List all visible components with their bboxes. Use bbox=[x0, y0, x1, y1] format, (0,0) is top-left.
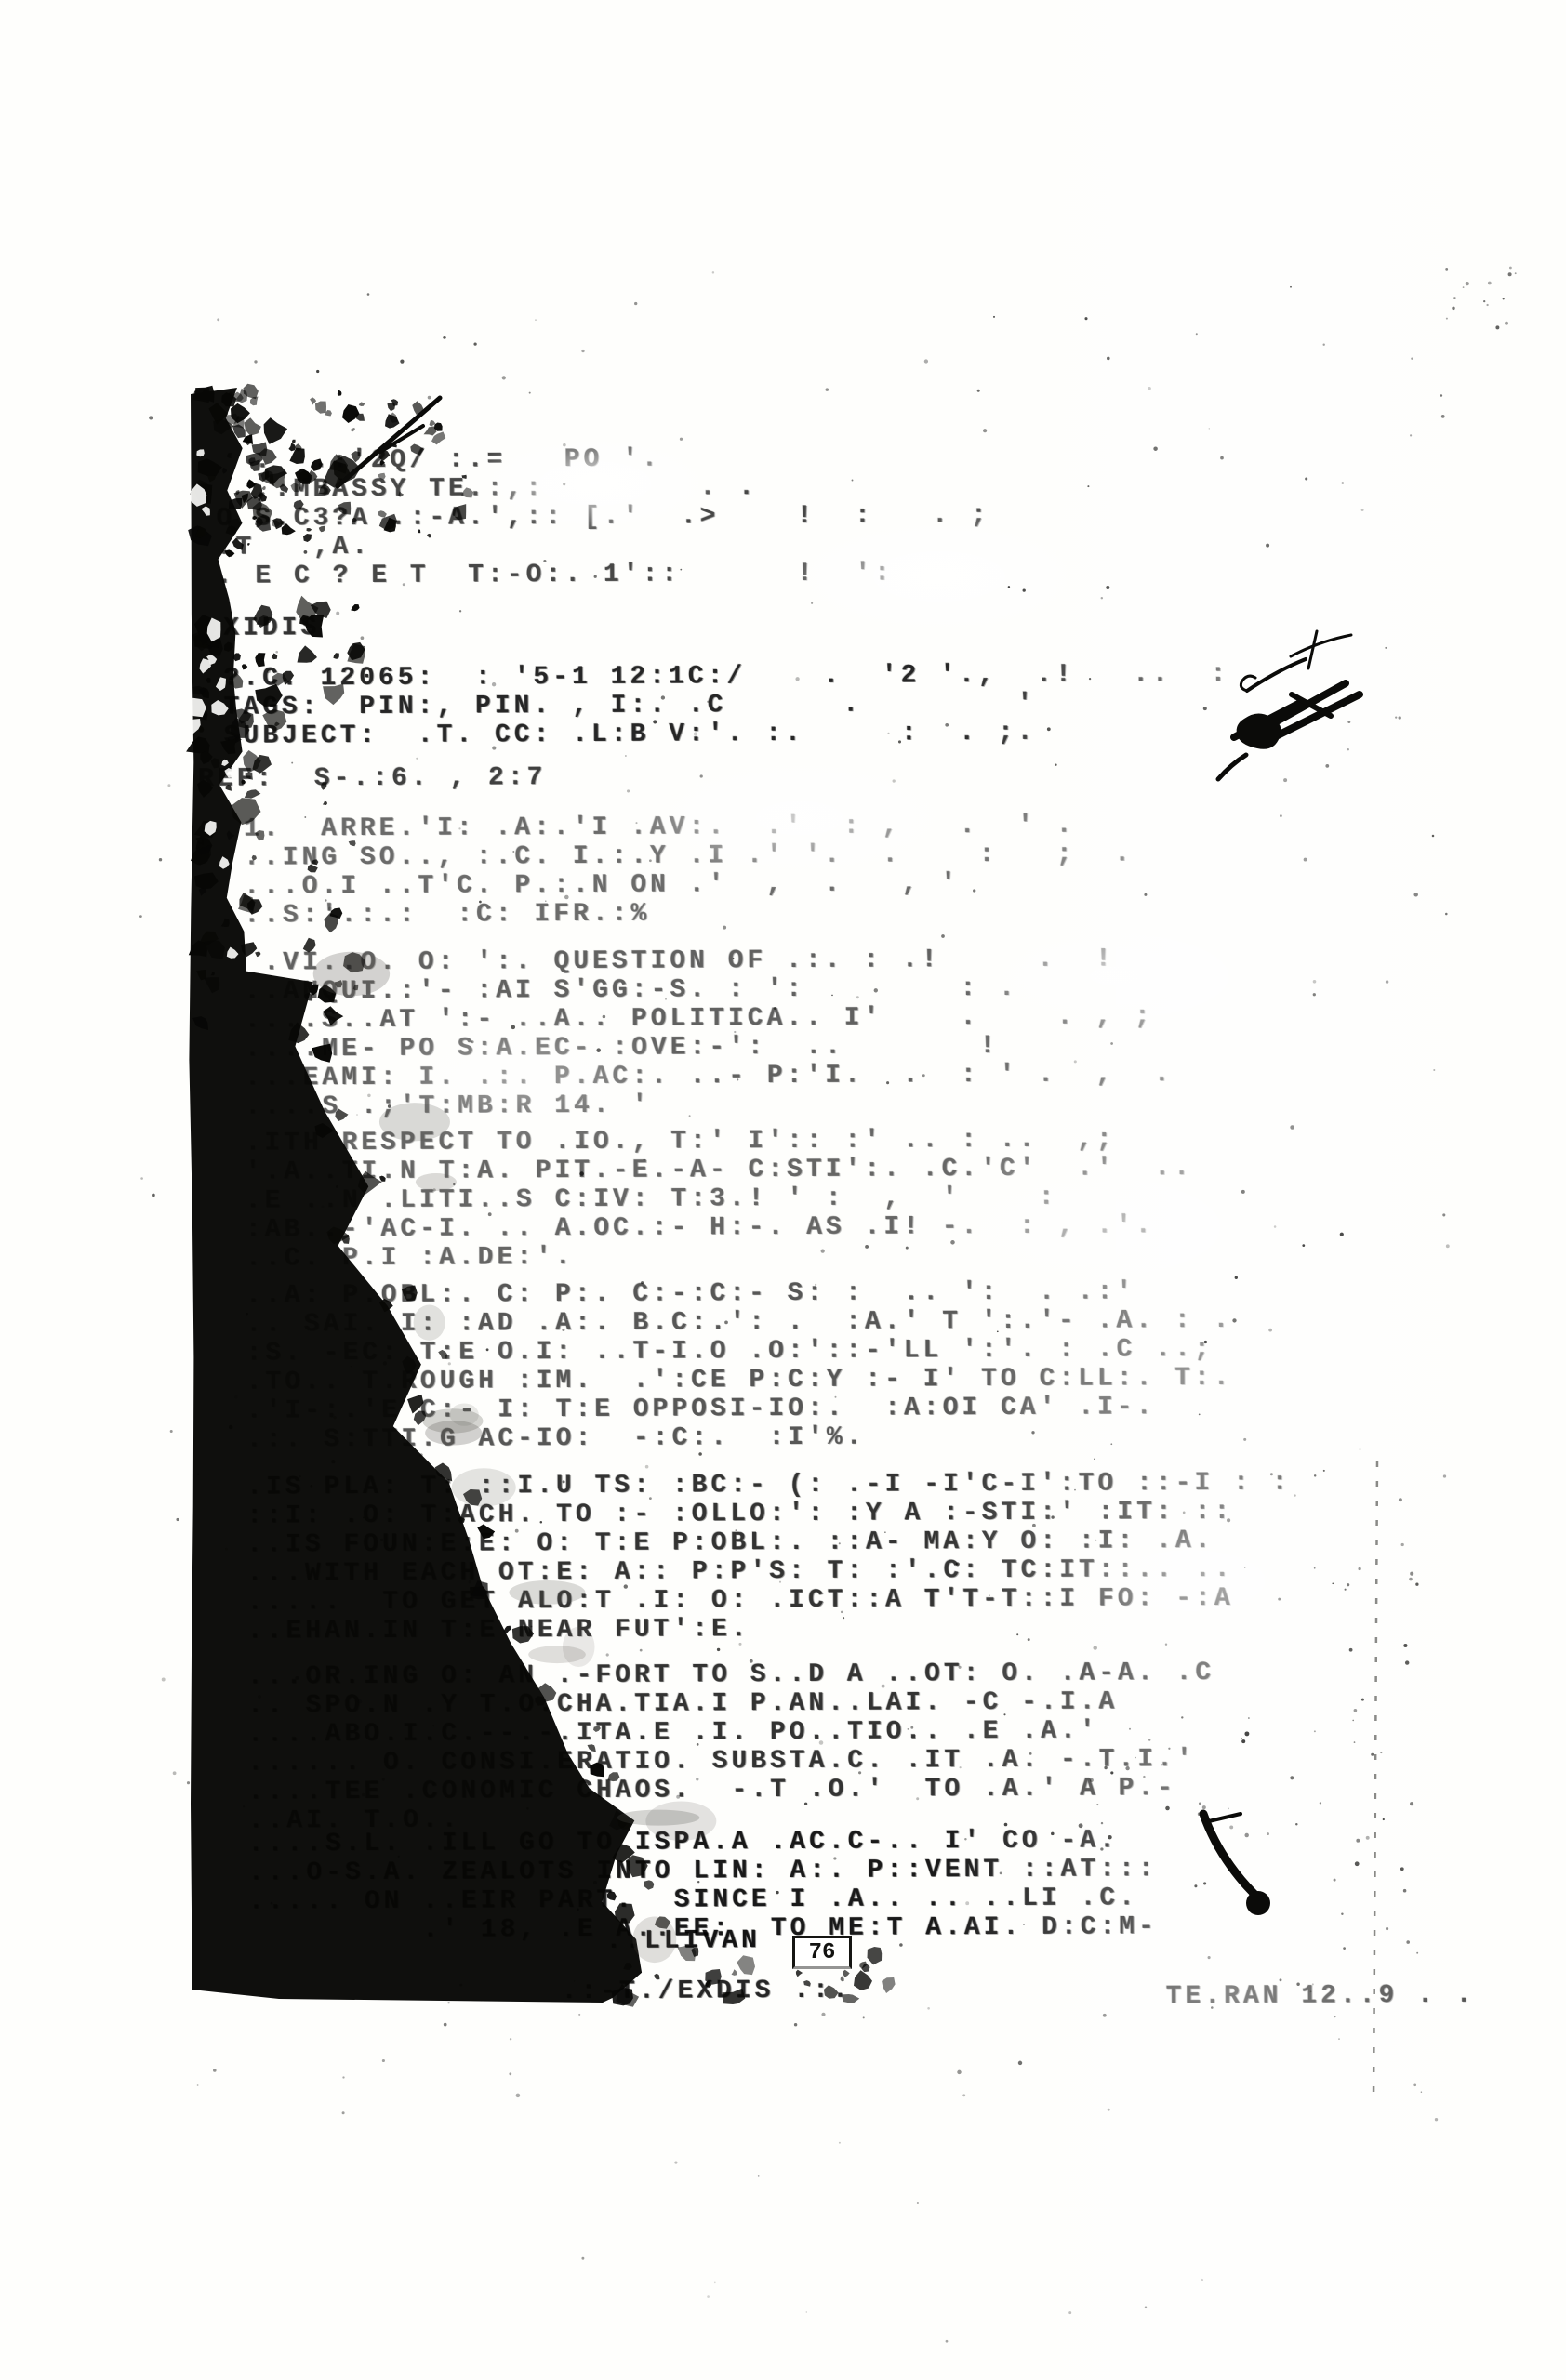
cable-text-line: ....ME- PO S:A.EC- :OVE:-': .. ! bbox=[225, 1031, 1173, 1064]
cable-ref-line: REF: S-.:6. , 2:7 bbox=[198, 763, 547, 794]
cable-text-line: ..C. P.I :A.DE:'. bbox=[226, 1240, 1193, 1274]
cable-text-line: :AB..-'AC-I. .. A.OC.:- H:-. AS .I! -. :… bbox=[226, 1211, 1193, 1245]
cable-routing-header: . ..'2Q/ :.= PO '. ,.MBASSY TE.:,: . . O… bbox=[196, 443, 990, 591]
cable-text-line: ..ANQUI.:'- :AI S'GG:-S. : ': : . bbox=[225, 973, 1173, 1006]
cable-text-line: ..ING SO.., :.C. I.:.Y .I .' '. . : ; . bbox=[224, 840, 1134, 872]
cable-text-line: ....ABO.I.C.--.-.ITA.E .I. PO..TIO.. .E … bbox=[228, 1716, 1214, 1750]
cable-paragraph-3: .ITH RESPECT TO .IO., T:' I':: :' .. : .… bbox=[226, 1125, 1194, 1274]
cable-text-line: ::I: .O: T:ACH. TO :- :OLLO:': :Y A :-ST… bbox=[227, 1498, 1291, 1531]
cable-text-line: .IS PLA: T: ::I.U TS: :BC:- (: .-I -I'C-… bbox=[227, 1469, 1291, 1502]
cable-text-line: 1. ARRE.'I: .A:.'I .AV:. .' : , . ' . bbox=[224, 811, 1134, 843]
cable-admin-block: ?.C. 12065: : '5-1 12:1C:/ . '2 '., .! .… bbox=[223, 660, 1229, 751]
cable-text-line: .. SAI. I: :AD .A:. B.C:.': . :A.' T ':.… bbox=[226, 1306, 1232, 1340]
cable-text-line: '.A..TI.N T:A. PIT.-E.-A- C:STI':. .C.'C… bbox=[226, 1154, 1193, 1187]
cable-text-line: ..IS FOUN:E:E: O: T:E P:OBL:. ::A- MA:Y … bbox=[228, 1527, 1292, 1560]
scanned-cable-page: . ..'2Q/ :.= PO '. ,.MBASSY TE.:,: . . O… bbox=[0, 0, 1566, 2380]
cable-text-line: .ITH RESPECT TO .IO., T:' I':: :' .. : .… bbox=[226, 1125, 1193, 1158]
cable-paragraph-5: .IS PLA: T: ::I.U TS: :BC:- (: .-I -I'C-… bbox=[227, 1469, 1292, 1646]
cable-paragraph-2: .VI..O. O: ':. QUESTION OF .:. : .! . ! … bbox=[225, 945, 1174, 1121]
cable-paragraph-6: ...OR.ING O: AN .-FORT TO S..D A ..OT: O… bbox=[228, 1659, 1215, 1836]
cable-text-line: .E ..N .LITI..S C:IV: T:3.! ' : , ' : bbox=[226, 1183, 1193, 1216]
cable-text-line: ..A: P.OBL:. C: P:. C:-:C:- S: : .. ': .… bbox=[226, 1277, 1232, 1311]
cable-text-line: TAGS: PIN:, PIN. , I:. .C . ' bbox=[224, 689, 1230, 722]
cable-text-line: :S. -EC: T:E O.I: ..T-I.O .O:'::-'LL ':'… bbox=[227, 1335, 1233, 1368]
cable-text-line: ...WITH EACH OT:E: A:: P:P'S: T: :'.C: T… bbox=[228, 1555, 1292, 1589]
cable-text-line: ....S.L. .ILL GO TO ISPA.A .AC.C-.. I' C… bbox=[229, 1826, 1158, 1858]
cable-text-line: O S.C3?A .:-A.',:: [.' .> ! : . ; bbox=[197, 501, 990, 534]
cable-text-line: .. SPO.N .Y T.O.CHA.TIA.I P.AN..LAI. -C … bbox=[228, 1687, 1214, 1721]
cable-text-line: . ..'2Q/ :.= PO '. bbox=[196, 443, 989, 476]
cable-text-line: .:. S:TTI.G AC-IO: -:C:. :I'%. bbox=[227, 1421, 1233, 1455]
footer-classification-exdis: .:-T./EXDIS .:. bbox=[562, 1977, 852, 2006]
cable-text-line: .VI..O. O: ':. QUESTION OF .:. : .! . ! bbox=[225, 945, 1173, 977]
cable-text-line: .'I-:.'E C:- I: T:E OPPOSI-IO:. :A:OI CA… bbox=[227, 1393, 1233, 1426]
cable-text-line: ...... O. CONSI.ERATIO. SUBSTA.C. .IT .A… bbox=[229, 1745, 1215, 1778]
signature-sullivan: ..LLIVAN bbox=[605, 1926, 761, 1956]
cable-text-layer: . ..'2Q/ :.= PO '. ,.MBASSY TE.:,: . . O… bbox=[0, 0, 1566, 2380]
footer-cable-serial-tehran: TE.RAN 12..9 . . bbox=[1166, 1981, 1476, 2011]
cable-text-line: ?.C. 12065: : '5-1 12:1C:/ . '2 '., .! .… bbox=[223, 660, 1229, 694]
cable-text-line: ,.MBASSY TE.:,: . . bbox=[197, 472, 990, 505]
page-number-stamp: 76 bbox=[792, 1936, 852, 1969]
cable-paragraph-4: ..A: P.OBL:. C: P:. C:-:C:- S: : .. ': .… bbox=[226, 1277, 1233, 1455]
cable-text-line: . E C ? E T T:-O:. 1':: ! ': bbox=[197, 559, 990, 591]
cable-text-line: ..... ON ..EIR PART. SINCE I .A.. .. ..L… bbox=[229, 1884, 1158, 1916]
cable-caption-exdis: XIDIS bbox=[223, 614, 320, 642]
cable-text-line: ....S..AT ':- ..A.. POLITICA.. I' . . , … bbox=[225, 1002, 1173, 1035]
cable-text-line: SUBJECT: .T. CC: .L:B V:'. :. : . ;. bbox=[224, 718, 1230, 751]
cable-text-line: ....TEE .CONOMIC CHAOS. -.T .O.' TO .A.'… bbox=[229, 1774, 1215, 1807]
cable-text-line: ..EHAN.IN T:E NEAR FUT':E. bbox=[228, 1613, 1292, 1646]
cable-text-line: .T ,A. bbox=[197, 530, 990, 562]
cable-text-line: ...O.I ..T'C. P.:.N ON .' , . , ' bbox=[224, 868, 1134, 901]
cable-text-line: ...EAMI: I. .:. P.AC:. ..- P:'I. . : ' .… bbox=[225, 1060, 1173, 1092]
cable-text-line: ..S:'.:.: :C: IFR.:% bbox=[225, 897, 1135, 930]
cable-text-line: ....S .;'T:MB:R 14. ' bbox=[225, 1089, 1173, 1121]
cable-text-line: ...O-S.A. ZEALOTS INTO LIN: A:. P::VENT … bbox=[229, 1855, 1158, 1887]
cable-text-line: ..... TO GET ALO:T .I: O: .ICT::A T'T-T:… bbox=[228, 1584, 1292, 1618]
cable-text-line: ...OR.ING O: AN .-FORT TO S..D A ..OT: O… bbox=[228, 1659, 1214, 1692]
cable-paragraph-1: 1. ARRE.'I: .A:.'I .AV:. .' : , . ' . ..… bbox=[224, 811, 1134, 930]
cable-text-line: .TO.. T.ROUGH :IM. .':CE P:C:Y :- I' TO … bbox=[227, 1364, 1233, 1397]
